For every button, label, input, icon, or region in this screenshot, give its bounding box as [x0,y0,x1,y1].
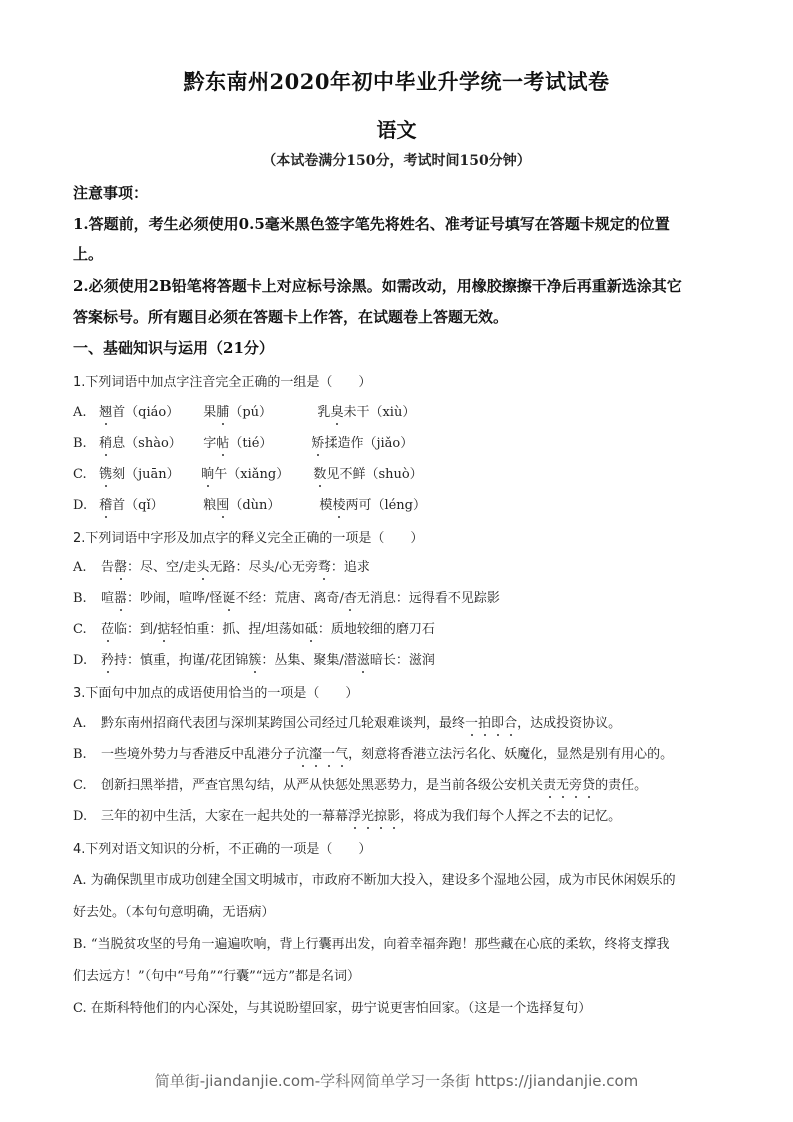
option-label: D. [73,653,101,668]
dotted-char: 掂 [157,618,170,637]
question-1-option-d: D. 稽首（qǐ） 粮囤（dùn） 模棱两可（léng） [73,494,426,513]
dotted-char: 脯 [216,401,229,420]
dotted-char: 罄 [114,556,127,575]
option-label: D. [73,809,101,824]
dotted-char: 镌 [99,463,112,482]
dotted-char: 数 [313,463,326,482]
dotted-char: 簇 [248,649,261,668]
question-3-option-c: C.创新扫黑举措，严查官黑勾结，从严从快惩处黑恶势力，是当前各级公安机关责无旁贷… [73,774,647,793]
question-4-stem: 4.下列对语文知识的分析，不正确的一项是（ ） [73,838,371,857]
dotted-char: 气 [335,743,348,762]
question-2-option-c: C.莅临：到/掂轻怕重：抓、捏/坦荡如砥：质地较细的磨刀石 [73,618,435,637]
dotted-idiom: 沆瀣一气 [296,747,348,762]
question-1-option-a: A. 翘首（qiáo） 果脯（pú） 乳臭未干（xiù） [73,401,415,420]
dotted-char: 骛 [318,556,331,575]
dotted-char: 旁 [569,774,582,793]
dotted-char: 头 [196,556,209,575]
footer-watermark: 简单街-jiandanjie.com-学科网简单学习一条街 https://ji… [0,1070,793,1091]
dotted-char: 无 [556,774,569,793]
option-label: C. [73,622,101,637]
option-label: C. [73,467,95,482]
option-label: B. [73,436,95,451]
question-2-option-d: D.矜持：慎重，拘谨/花团锦簇：丛集、聚集/潜滋暗长：滋润 [73,649,435,668]
notice-item-2-cont: 答案标号。所有题目必须在答题卡上作答，在试题卷上答题无效。 [73,306,508,327]
option-label: B. [73,591,101,606]
dotted-char: 贷 [582,774,595,793]
dotted-char: 一 [322,743,335,762]
dotted-char: 翘 [99,401,112,420]
dotted-idiom: 浮光掠影 [348,809,400,824]
dotted-char: 稽 [99,494,112,513]
dotted-char: 臭 [330,401,343,420]
question-4-option-b: B. “当脱贫攻坚的号角一遍遍吹响，背上行囊再出发，向着幸福奔跑！那些藏在心底的… [73,933,669,952]
dotted-char: 囤 [216,494,229,513]
question-2-stem: 2.下列词语中字形及加点字的释义完全正确的一项是（ ） [73,527,423,546]
option-label: A. [73,405,95,420]
dotted-char: 合 [504,712,517,731]
dotted-char: 即 [491,712,504,731]
dotted-char: 瀣 [309,743,322,762]
dotted-char: 矫 [311,432,324,451]
dotted-char: 晌 [201,463,214,482]
notice-heading: 注意事项： [73,182,148,203]
dotted-char: 滋 [357,649,370,668]
question-2-option-b: B.喧嚣：吵闹，喧哗/怪诞不经：荒唐、离奇/杳无消息：远得看不见踪影 [73,587,500,606]
option-label: D. [73,498,95,513]
option-label: C. [73,778,101,793]
option-label: A. [73,716,101,731]
dotted-char: 拍 [478,712,491,731]
dotted-char: 诞 [222,587,235,606]
dotted-char: 嚣 [114,587,127,606]
question-1-stem: 1.下列词语中加点字注音完全正确的一组是（ ） [73,371,371,390]
dotted-char: 影 [387,805,400,824]
dotted-idiom: 责无旁贷 [543,778,595,793]
question-3-option-d: D.三年的初中生活，大家在一起共处的一幕幕浮光掠影，将成为我们每个人挥之不去的记… [73,805,621,824]
question-3-stem: 3.下面句中加点的成语使用恰当的一项是（ ） [73,682,358,701]
dotted-char: 杳 [344,587,357,606]
question-4-option-b-cont: 们去远方！”（句中“号角”“行囊”“远方”都是名词） [73,965,360,984]
section-heading: 一、基础知识与运用（21分） [73,337,274,358]
exam-title: 黔东南州2020年初中毕业升学统一考试试卷 [0,66,793,96]
question-4-option-a: A. 为确保凯里市成功创建全国文明城市，市政府不断加大投入，建设多个湿地公园，成… [73,869,676,888]
dotted-char: 责 [543,774,556,793]
dotted-char: 棱 [332,494,345,513]
exam-subject: 语文 [0,114,793,143]
dotted-char: 砥 [305,618,318,637]
question-3-option-b: B.一些境外势力与香港反中乱港分子沆瀣一气，刻意将香港立法污名化、妖魔化，显然是… [73,743,673,762]
question-4-option-c: C. 在斯科特他们的内心深处，与其说盼望回家，毋宁说更害怕回家。（这是一个选择复… [73,997,591,1016]
exam-meta: （本试卷满分150分，考试时间150分钟） [0,150,793,170]
dotted-char: 沆 [296,743,309,762]
dotted-char: 矜 [101,649,114,668]
dotted-char: 莅 [101,618,114,637]
dotted-char: 浮 [348,805,361,824]
notice-item-2: 2.必须使用2B铅笔将答题卡上对应标号涂黑。如需改动，用橡胶擦擦干净后再重新选涂… [73,275,682,296]
notice-item-1-cont: 上。 [73,243,103,264]
option-label: A. [73,560,101,575]
dotted-char: 一 [465,712,478,731]
question-1-option-b: B. 稍息（shào） 字帖（tié） 矫揉造作（jiǎo） [73,432,413,451]
question-4-option-a-cont: 好去处。（本句句意明确，无语病） [73,901,275,920]
dotted-char: 光 [361,805,374,824]
dotted-char: 掠 [374,805,387,824]
dotted-char: 帖 [216,432,229,451]
exam-page: 黔东南州2020年初中毕业升学统一考试试卷 语文 （本试卷满分150分，考试时间… [0,0,793,1122]
notice-item-1: 1.答题前，考生必须使用0.5毫米黑色签字笔先将姓名、准考证号填写在答题卡规定的… [73,213,670,234]
question-3-option-a: A.黔东南州招商代表团与深圳某跨国公司经过几轮艰难谈判，最终一拍即合，达成投资协… [73,712,621,731]
dotted-idiom: 一拍即合 [465,716,517,731]
question-2-option-a: A.告罄：尽、空/走头无路：尽头/心无旁骛：追求 [73,556,370,575]
option-label: B. [73,747,101,762]
dotted-char: 稍 [99,432,112,451]
question-1-option-c: C. 镌刻（juān） 晌午（xiǎng） 数见不鲜（shuò） [73,463,423,482]
